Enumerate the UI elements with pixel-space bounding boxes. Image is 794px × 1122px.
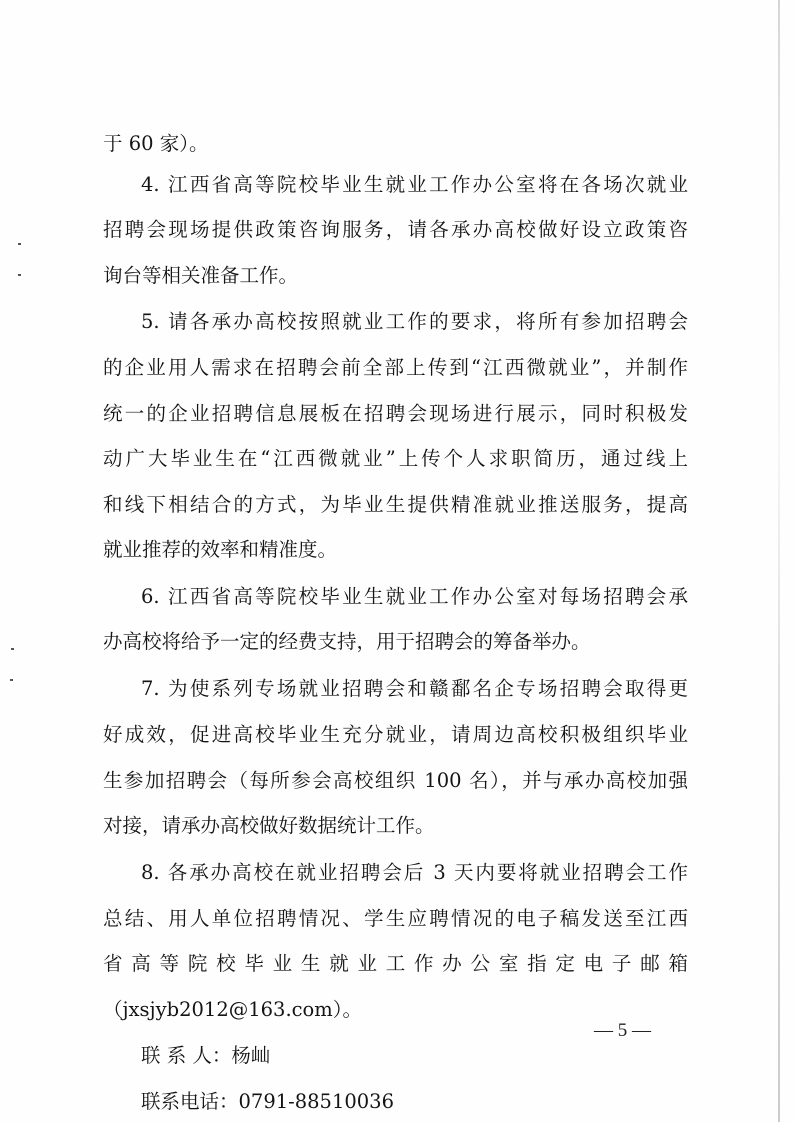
contact-phone-line: 联系电话：0791-88510036	[141, 1089, 394, 1115]
document-page: 于 60 家）。4. 江西省高等院校毕业生就业工作办公室将在各场次就业招聘会现场…	[0, 0, 794, 1122]
paragraph-line: 生参加招聘会（每所参会高校组织 100 名），并与承办高校加强	[103, 768, 688, 794]
paragraph-line: 统一的企业招聘信息展板在招聘会现场进行展示，同时积极发	[103, 401, 688, 427]
margin-mark	[18, 243, 21, 245]
paragraph-line: 5. 请各承办高校按照就业工作的要求，将所有参加招聘会	[141, 309, 688, 335]
margin-mark	[10, 679, 13, 681]
margin-mark	[11, 648, 14, 650]
paragraph-line: 和线下相结合的方式，为毕业生提供精准就业推送服务，提高	[103, 492, 688, 518]
paragraph-line: 于 60 家）。	[103, 131, 688, 157]
paragraph-line: 4. 江西省高等院校毕业生就业工作办公室将在各场次就业	[141, 172, 688, 198]
contact-phone-number: 0791-88510036	[239, 1090, 394, 1113]
paragraph-line: 6. 江西省高等院校毕业生就业工作办公室对每场招聘会承	[141, 584, 688, 610]
paragraph-line: 8. 各承办高校在就业招聘会后 3 天内要将就业招聘会工作	[141, 860, 688, 886]
contact-phone-label: 联系电话：	[141, 1090, 239, 1113]
contact-person-name: 杨屾	[231, 1044, 270, 1067]
scan-edge-shadow	[778, 0, 780, 1122]
paragraph-line: 好成效，促进高校毕业生充分就业，请周边高校积极组织毕业	[103, 722, 688, 748]
paragraph-line: 对接，请承办高校做好数据统计工作。	[103, 813, 688, 839]
paragraph-line: 的企业用人需求在招聘会前全部上传到“江西微就业”，并制作	[103, 355, 688, 381]
paragraph-line: 动广大毕业生在“江西微就业”上传个人求职简历，通过线上	[103, 446, 688, 472]
paragraph-line: 办高校将给予一定的经费支持，用于招聘会的筹备举办。	[103, 629, 688, 655]
contact-person-line: 联 系 人：杨屾	[141, 1043, 270, 1069]
paragraph-line: 省高等院校毕业生就业工作办公室指定电子邮箱	[103, 951, 688, 977]
margin-mark	[18, 274, 21, 276]
page-number: — 5 —	[594, 1020, 651, 1042]
paragraph-line: 总结、用人单位招聘情况、学生应聘情况的电子稿发送至江西	[103, 906, 688, 932]
paragraph-line: 招聘会现场提供政策咨询服务，请各承办高校做好设立政策咨	[103, 217, 688, 243]
paragraph-line: 询台等相关准备工作。	[103, 263, 688, 289]
contact-person-label: 联 系 人：	[141, 1044, 231, 1067]
paragraph-line: 7. 为使系列专场就业招聘会和赣鄱名企专场招聘会取得更	[141, 676, 688, 702]
paragraph-line: 就业推荐的效率和精准度。	[103, 537, 688, 563]
